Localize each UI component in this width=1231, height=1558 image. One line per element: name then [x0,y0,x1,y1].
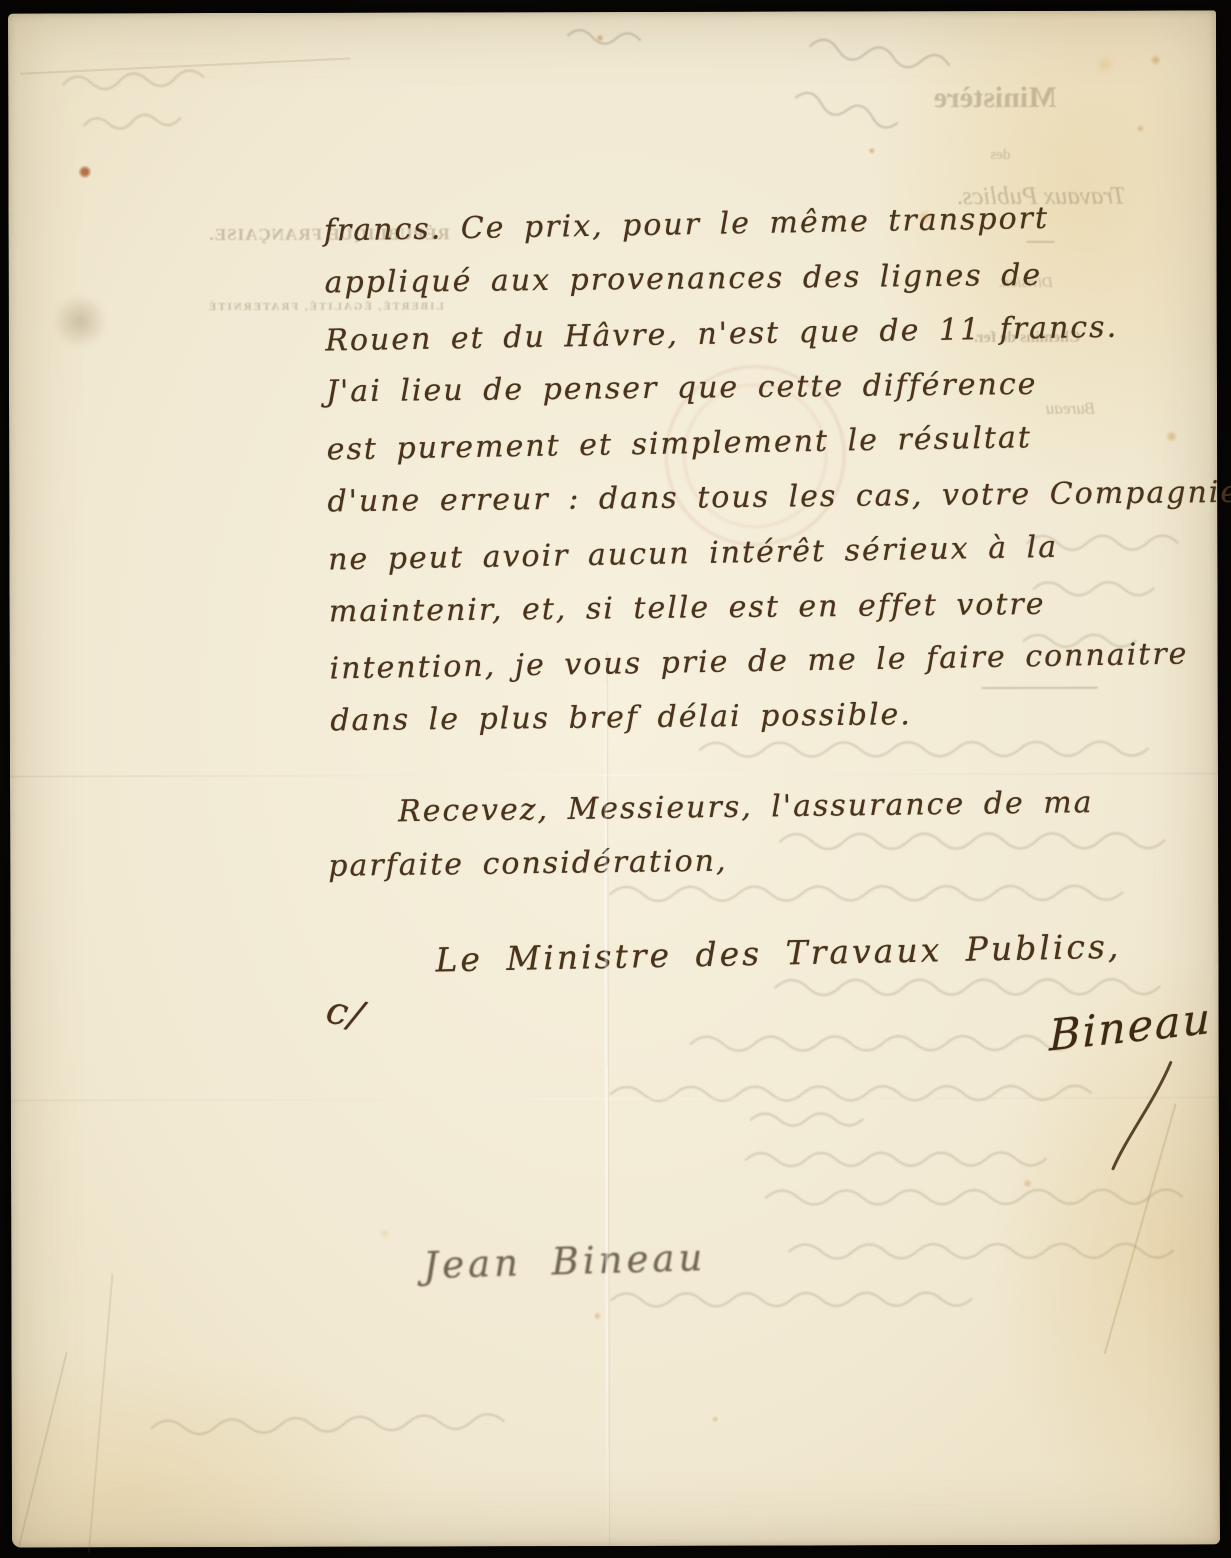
foxing-spot [1165,431,1178,443]
letter-body: francs. Ce prix, pour le même transport … [324,200,1231,760]
foxing-spot [51,295,109,347]
letter-page: Ministère des Travaux Publics. RÉPUBLIQU… [8,10,1220,1547]
foxing-spot [1150,55,1161,66]
pencil-annotation: Jean Bineau [423,1236,707,1287]
foxing-spot [596,34,604,42]
foxing-spot [1136,125,1144,133]
foxing-spot [78,165,91,178]
letter-line: dans le plus bref délai possible. [330,694,1231,758]
photo-background: Ministère des Travaux Publics. RÉPUBLIQU… [0,0,1231,1558]
foxing-spot [712,1416,719,1423]
valediction-line: parfaite considération, [328,844,728,884]
foxing-spot [593,1312,601,1320]
foxing-spot [917,209,934,224]
signature-flourish [1051,1020,1211,1180]
foxing-spot [1094,55,1116,75]
foxing-spot [868,147,875,154]
foxing-spot [1023,1179,1032,1188]
foxing-spot [379,1229,390,1239]
